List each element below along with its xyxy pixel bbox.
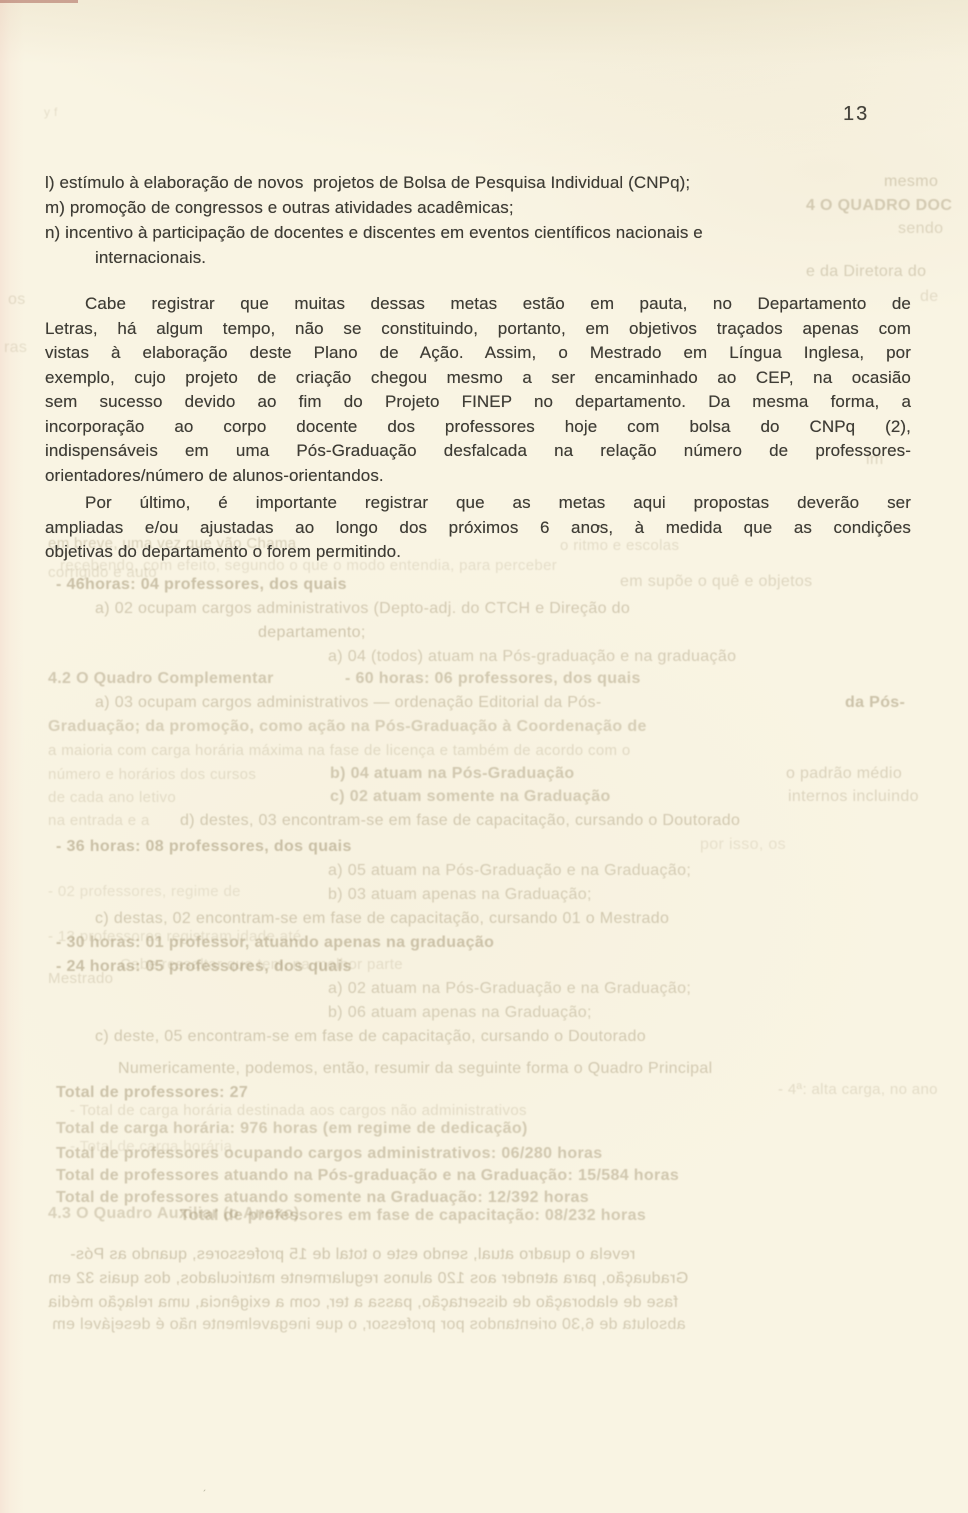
bleedthrough-line: Total de professores em fase de capacita…: [180, 1208, 646, 1224]
bleedthrough-line: c) 02 atuam somente na Graduação: [330, 789, 611, 805]
bleedthrough-line: Total de professores atuando somente na …: [56, 1190, 589, 1206]
bleedthrough-line: a) 02 ocupam cargos administrativos (Dep…: [95, 601, 630, 617]
bleedthrough-line: ras: [4, 340, 27, 356]
bleedthrough-line: b) 06 atuam apenas na Graduação;: [328, 1005, 592, 1021]
text-block-para-2: Por último, é importante registrar que a…: [45, 491, 911, 565]
bleedthrough-line: a) 02 atuam na Pós-Graduação e na Gradua…: [328, 981, 691, 997]
text-line: Letras, há algum tempo, não se constitui…: [45, 317, 911, 342]
bleedthrough-line: de: [920, 289, 939, 305]
bleedthrough-line: revela o quadro atual, sendo este o tota…: [70, 1247, 635, 1263]
bleedthrough-line: Total de carga horária: 976 horas (em re…: [56, 1121, 528, 1137]
bleedthrough-line: a) 03 ocupam cargos administrativos — or…: [95, 695, 602, 711]
bleedthrough-line: os: [8, 292, 26, 308]
text-line: indispensáveis em uma Pós-Graduação desf…: [45, 439, 911, 464]
text-line: Cabe registrar que muitas dessas metas e…: [45, 292, 911, 317]
bleedthrough-line: c) destas, 02 encontram-se em fase de ca…: [95, 911, 669, 927]
bottom-stray-tick: ˏ: [202, 1477, 206, 1492]
bleedthrough-line: internos incluindo: [788, 789, 919, 805]
bleedthrough-line: - Total de carga horária destinada aos c…: [70, 1103, 527, 1118]
bleedthrough-line: a) 05 atuam na Pós-Graduação e na Gradua…: [328, 863, 691, 879]
text-line: incorporação ao corpo docente dos profes…: [45, 415, 911, 440]
bleedthrough-line: por isso, os: [700, 837, 786, 853]
bleedthrough-line: - 02 professores, regime de: [48, 884, 241, 899]
bleedthrough-line: c) deste, 05 encontram-se em fase de cap…: [95, 1029, 646, 1045]
bleedthrough-line: departamento;: [258, 625, 366, 641]
bleedthrough-line: da Pós-: [845, 695, 905, 711]
bleedthrough-line: Cabe ressaltar que tem, na melhor parte: [120, 957, 403, 972]
bleedthrough-line: o padrão médio: [786, 766, 902, 782]
scanned-document-page: y fmesmo4 O QUADRO DOCsendoe da Diretora…: [0, 0, 968, 1513]
bleedthrough-line: - 13 professores registram idade até: [48, 929, 302, 944]
text-line: sem sucesso devido ao fim do Projeto FIN…: [45, 390, 911, 415]
bleedthrough-line: em supõe o quê e objetos: [620, 574, 813, 590]
text-line: n) incentivo à participação de docentes …: [45, 220, 911, 245]
document-body: l) estímulo à elaboração de novos projet…: [45, 170, 911, 565]
text-line: ampliadas e/ou ajustadas ao longo dos pr…: [45, 516, 911, 541]
bleedthrough-line: b) 04 atuam na Pós-Graduação: [330, 766, 575, 782]
bleedthrough-line: Graduação; da promoção, como ação na Pós…: [48, 719, 647, 735]
bleedthrough-line: número e horários dos cursos: [48, 767, 256, 782]
bleedthrough-line: absoluta de 6,30 orientandos por profess…: [52, 1317, 686, 1333]
bleedthrough-line: - 4ª: alta carga, no ano: [778, 1082, 938, 1097]
bleedthrough-line: Mestrado: [48, 971, 113, 986]
bleedthrough-line: 4.3 O Quadro Auxiliar (o Anexo): [48, 1206, 299, 1222]
bleedthrough-line: fase de elaboração de dissertação, passa…: [48, 1295, 678, 1311]
bleedthrough-line: de cada ano letivo: [48, 790, 176, 805]
bleedthrough-line: Numericamente, podemos, então, resumir d…: [118, 1061, 713, 1077]
text-line: Por último, é importante registrar que a…: [45, 491, 911, 516]
bleedthrough-line: - 60 horas: 06 professores, dos quais: [345, 671, 641, 687]
text-line: internacionais.: [45, 245, 911, 270]
bleedthrough-line: Total de professores: 27: [56, 1085, 248, 1101]
bleedthrough-line: b) 03 atuam apenas na Graduação;: [328, 887, 592, 903]
scan-edge-artifact: [0, 0, 78, 3]
bleedthrough-line: corrigido e auto: [48, 565, 157, 580]
bleedthrough-line: - 24 horas: 05 professores, dos quais: [56, 959, 352, 975]
bleedthrough-line: - 30 horas: 01 professor, atuando apenas…: [56, 935, 494, 951]
text-line: l) estímulo à elaboração de novos projet…: [45, 170, 911, 195]
text-block-list-0: l) estímulo à elaboração de novos projet…: [45, 170, 911, 270]
bleedthrough-line: 4.2 O Quadro Complementar: [48, 671, 274, 687]
bleedthrough-line: Graduação, para atender aos 120 alunos r…: [48, 1271, 688, 1287]
text-line: orientadores/número de alunos-orientando…: [45, 464, 911, 489]
bleedthrough-line: Total de professores ocupando cargos adm…: [56, 1146, 603, 1162]
bleedthrough-line: Total de professores atuando na Pós-grad…: [56, 1168, 679, 1184]
bleedthrough-line: - 46horas: 04 professores, dos quais: [56, 577, 347, 593]
bleedthrough-line: a maioria com carga horária máxima na fa…: [48, 743, 631, 758]
text-line: vistas à elaboração deste Plano de Ação.…: [45, 341, 911, 366]
bleedthrough-line: y f: [44, 106, 58, 118]
bleedthrough-line: - Total de carga horária: [70, 1139, 232, 1154]
text-line: exemplo, cujo projeto de criação chegou …: [45, 366, 911, 391]
text-block-para-1: Cabe registrar que muitas dessas metas e…: [45, 292, 911, 488]
stray-apostrophe-mark: ’: [597, 523, 601, 541]
bleedthrough-line: d) destes, 03 encontram-se em fase de ca…: [180, 813, 740, 829]
page-number: 13: [843, 103, 869, 126]
bleedthrough-line: na entrada e a: [48, 813, 150, 828]
text-line: objetivas do departamento o forem permit…: [45, 540, 911, 565]
bleedthrough-line: - 36 horas: 08 professores, dos quais: [56, 839, 352, 855]
bleedthrough-line: a) 04 (todos) atuam na Pós-graduação e n…: [328, 649, 736, 665]
text-line: m) promoção de congressos e outras ativi…: [45, 195, 911, 220]
